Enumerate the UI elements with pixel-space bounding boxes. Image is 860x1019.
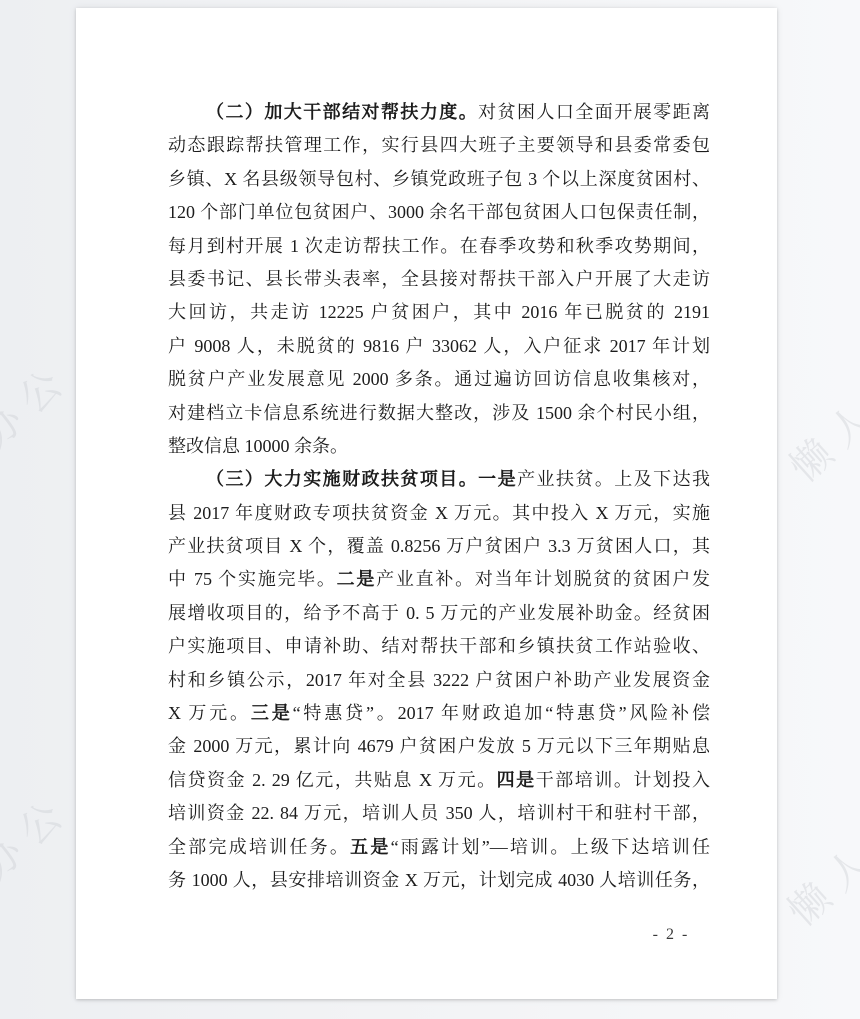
text-line: 展增收项目的，给予不高于 0. 5 万元的产业发展补助金。经贫困 (168, 597, 710, 630)
text-line: 县 2017 年度财政专项扶贫资金 X 万元。其中投入 X 万元，实施 (168, 497, 710, 530)
text-run: “雨露计划”—培训。上级下达培训任 (391, 837, 710, 857)
paragraph: （三）大力实施财政扶贫项目。一是产业扶贫。上及下达我县 2017 年度财政专项扶… (168, 463, 710, 897)
text-run: 脱贫户产业发展意见 2000 多条。通过遍访回访信息收集核对， (168, 369, 710, 389)
bold-text-run: （三）大力实施财政扶贫项目。 (206, 469, 478, 489)
text-run: 对建档立卡信息系统进行数据大整改，涉及 1500 余个村民小组， (168, 403, 710, 423)
text-line: 全部完成培训任务。五是“雨露计划”—培训。上级下达培训任 (168, 831, 710, 864)
bold-text-run: （二）加大干部结对帮扶力度。 (206, 102, 478, 122)
text-line: 大回访，共走访 12225 户贫困户，其中 2016 年已脱贫的 2191 (168, 296, 710, 329)
bold-text-run: 二是 (337, 569, 376, 589)
text-line: 产业扶贫项目 X 个，覆盖 0.8256 万户贫困户 3.3 万贫困人口，其 (168, 530, 710, 563)
text-run: 乡镇、X 名县级领导包村、乡镇党政班子包 3 个以上深度贫困村、 (168, 169, 710, 189)
text-run: 产业扶贫。上及下达我 (517, 469, 710, 489)
text-run: 产业直补。对当年计划脱贫的贫困户发 (376, 569, 710, 589)
text-run: 金 2000 万元，累计向 4679 户贫困户发放 5 万元以下三年期贴息 (168, 736, 710, 756)
text-line: 120 个部门单位包贫困户、3000 余名干部包贫困人口包保责任制， (168, 196, 710, 229)
text-line: 培训资金 22. 84 万元，培训人员 350 人，培训村干和驻村干部， (168, 797, 710, 830)
watermark-text: 懒人办公 (0, 347, 81, 529)
text-line: 整改信息 10000 余条。 (168, 430, 710, 463)
text-run: 县委书记、县长带头表率，全县接对帮扶干部入户开展了大走访 (168, 269, 710, 289)
text-line: 信贷资金 2. 29 亿元，共贴息 X 万元。四是干部培训。计划投入 (168, 764, 710, 797)
text-line: 动态跟踪帮扶管理工作，实行县四大班子主要领导和县委常委包 (168, 129, 710, 162)
text-run: 干部培训。计划投入 (536, 770, 710, 790)
viewer-canvas: 懒人办公 懒人办公 懒人办公 懒人办公 懒人办公 懒人办公 （二）加大干部结对帮… (0, 0, 860, 1019)
text-run: 全部完成培训任务。 (168, 837, 350, 857)
text-line: 对建档立卡信息系统进行数据大整改，涉及 1500 余个村民小组， (168, 397, 710, 430)
watermark-text: 懒人办公 (776, 311, 860, 493)
text-line: 县委书记、县长带头表率，全县接对帮扶干部入户开展了大走访 (168, 263, 710, 296)
text-run: 中 75 个实施完毕。 (168, 569, 337, 589)
watermark-text: 懒人办公 (0, 779, 81, 961)
text-run: 县 2017 年度财政专项扶贫资金 X 万元。其中投入 X 万元，实施 (168, 503, 710, 523)
text-line: 村和乡镇公示，2017 年对全县 3222 户贫困户补助产业发展资金 (168, 664, 710, 697)
text-run: 展增收项目的，给予不高于 0. 5 万元的产业发展补助金。经贫困 (168, 603, 710, 623)
text-run: 120 个部门单位包贫困户、3000 余名干部包贫困人口包保责任制， (168, 202, 710, 222)
text-line: 户实施项目、申请补助、结对帮扶干部和乡镇扶贫工作站验收、 (168, 630, 710, 663)
bold-text-run: 五是 (350, 837, 390, 857)
text-run: “特惠贷”。2017 年财政追加“特惠贷”风险补偿 (293, 703, 710, 723)
bold-text-run: 四是 (497, 770, 536, 790)
text-line: X 万元。三是“特惠贷”。2017 年财政追加“特惠贷”风险补偿 (168, 697, 710, 730)
text-line: （三）大力实施财政扶贫项目。一是产业扶贫。上及下达我 (168, 463, 710, 496)
text-run: 整改信息 10000 余条。 (168, 436, 348, 456)
text-run: 户实施项目、申请补助、结对帮扶干部和乡镇扶贫工作站验收、 (168, 636, 710, 656)
text-run: 每月到村开展 1 次走访帮扶工作。在春季攻势和秋季攻势期间， (168, 236, 710, 256)
text-run: 产业扶贫项目 X 个，覆盖 0.8256 万户贫困户 3.3 万贫困人口，其 (168, 536, 710, 556)
text-line: 每月到村开展 1 次走访帮扶工作。在春季攻势和秋季攻势期间， (168, 230, 710, 263)
text-run: X 万元。 (168, 703, 251, 723)
paragraph: （二）加大干部结对帮扶力度。对贫困人口全面开展零距离动态跟踪帮扶管理工作，实行县… (168, 96, 710, 463)
text-run: 户 9008 人，未脱贫的 9816 户 33062 人，入户征求 2017 年… (168, 336, 710, 356)
text-line: 务 1000 人，县安排培训资金 X 万元，计划完成 4030 人培训任务， (168, 864, 710, 897)
text-run: 培训资金 22. 84 万元，培训人员 350 人，培训村干和驻村干部， (168, 803, 710, 823)
text-line: （二）加大干部结对帮扶力度。对贫困人口全面开展零距离 (168, 96, 710, 129)
text-run: 信贷资金 2. 29 亿元，共贴息 X 万元。 (168, 770, 497, 790)
text-line: 脱贫户产业发展意见 2000 多条。通过遍访回访信息收集核对， (168, 363, 710, 396)
bold-text-run: 三是 (251, 703, 293, 723)
text-line: 户 9008 人，未脱贫的 9816 户 33062 人，入户征求 2017 年… (168, 330, 710, 363)
document-body: （二）加大干部结对帮扶力度。对贫困人口全面开展零距离动态跟踪帮扶管理工作，实行县… (168, 96, 710, 897)
text-line: 金 2000 万元，累计向 4679 户贫困户发放 5 万元以下三年期贴息 (168, 730, 710, 763)
text-run: 大回访，共走访 12225 户贫困户，其中 2016 年已脱贫的 2191 (168, 302, 710, 322)
page-number: - 2 - (615, 926, 727, 944)
text-run: 对贫困人口全面开展零距离 (478, 102, 710, 122)
text-run: 动态跟踪帮扶管理工作，实行县四大班子主要领导和县委常委包 (168, 135, 710, 155)
text-run: 务 1000 人，县安排培训资金 X 万元，计划完成 4030 人培训任务， (168, 870, 710, 890)
watermark-text: 懒人办公 (774, 755, 860, 937)
text-line: 乡镇、X 名县级领导包村、乡镇党政班子包 3 个以上深度贫困村、 (168, 163, 710, 196)
document-page: （二）加大干部结对帮扶力度。对贫困人口全面开展零距离动态跟踪帮扶管理工作，实行县… (76, 8, 777, 999)
bold-text-run: 一是 (478, 469, 517, 489)
text-run: 村和乡镇公示，2017 年对全县 3222 户贫困户补助产业发展资金 (168, 670, 710, 690)
text-line: 中 75 个实施完毕。二是产业直补。对当年计划脱贫的贫困户发 (168, 563, 710, 596)
